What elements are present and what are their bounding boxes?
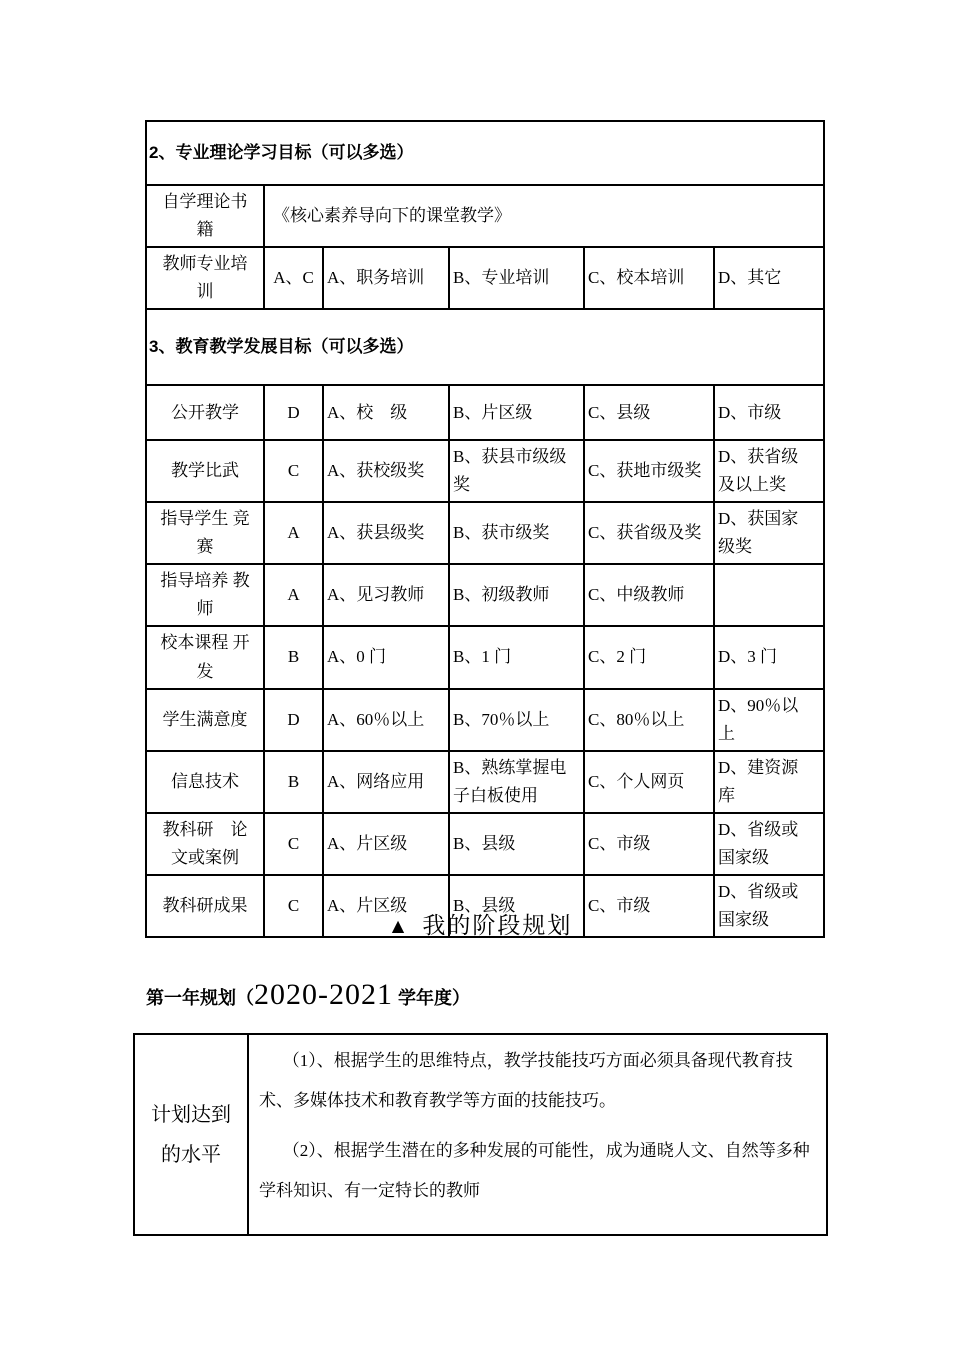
row-option-a: A、校 级 bbox=[323, 385, 449, 440]
row-label: 校本课程 开 发 bbox=[146, 626, 264, 688]
self-study-label: 自学理论书 籍 bbox=[146, 185, 264, 247]
row-option-a: A、获县级奖 bbox=[323, 502, 449, 564]
row-answer: A bbox=[264, 502, 323, 564]
row-option-b: B、片区级 bbox=[449, 385, 584, 440]
row-option-a: A、片区级 bbox=[323, 813, 449, 875]
row-option-a: A、见习教师 bbox=[323, 564, 449, 626]
table-row: 公开教学 D A、校 级 B、片区级 C、县级 D、市级 bbox=[146, 385, 824, 440]
row-option-d: D、获省级 及以上奖 bbox=[714, 440, 824, 502]
goals-table: 2、专业理论学习目标（可以多选） 自学理论书 籍 《核心素养导向下的课堂教学》 … bbox=[145, 120, 825, 938]
row-option-c: C、80％以上 bbox=[584, 689, 714, 751]
row-answer: D bbox=[264, 385, 323, 440]
row-option-b: B、1 门 bbox=[449, 626, 584, 688]
section3-header-row: 3、教育教学发展目标（可以多选） bbox=[146, 309, 824, 385]
row-answer: C bbox=[264, 440, 323, 502]
first-year-plan-heading: 第一年规划（2020-2021 学年度） bbox=[146, 978, 470, 1012]
year-heading-prefix: 第一年规划（ bbox=[146, 988, 254, 1008]
training-option-d: D、其它 bbox=[714, 247, 824, 309]
training-row: 教师专业培 训 A、C A、职务培训 B、专业培训 C、校本培训 D、其它 bbox=[146, 247, 824, 309]
plan-paragraph-2: （2）、根据学生潜在的多种发展的可能性，成为通晓人文、自然等多种学科知识、有一定… bbox=[259, 1131, 814, 1211]
row-label: 公开教学 bbox=[146, 385, 264, 440]
row-option-b: B、熟练掌握电 子白板使用 bbox=[449, 751, 584, 813]
plan-paragraph-1: （1）、根据学生的思维特点，教学技能技巧方面必须具备现代教育技术、多媒体技术和教… bbox=[259, 1041, 814, 1121]
row-option-a: A、获校级奖 bbox=[323, 440, 449, 502]
row-answer: B bbox=[264, 626, 323, 688]
table-row: 校本课程 开 发 B A、0 门 B、1 门 C、2 门 D、3 门 bbox=[146, 626, 824, 688]
training-label: 教师专业培 训 bbox=[146, 247, 264, 309]
row-option-c: C、获地市级奖 bbox=[584, 440, 714, 502]
section3-header: 3、教育教学发展目标（可以多选） bbox=[146, 309, 824, 385]
training-answer: A、C bbox=[264, 247, 323, 309]
row-label: 学生满意度 bbox=[146, 689, 264, 751]
plan-level-label: 计划达到 的水平 bbox=[134, 1034, 248, 1235]
row-option-b: B、初级教师 bbox=[449, 564, 584, 626]
row-option-d: D、建资源 库 bbox=[714, 751, 824, 813]
self-study-row: 自学理论书 籍 《核心素养导向下的课堂教学》 bbox=[146, 185, 824, 247]
row-label: 指导培养 教 师 bbox=[146, 564, 264, 626]
row-option-d bbox=[714, 564, 824, 626]
row-option-b: B、获市级奖 bbox=[449, 502, 584, 564]
row-option-c: C、获省级及奖 bbox=[584, 502, 714, 564]
year-heading-suffix: 学年度） bbox=[393, 988, 470, 1008]
row-label: 教学比武 bbox=[146, 440, 264, 502]
row-option-c: C、个人网页 bbox=[584, 751, 714, 813]
stage-plan-heading: ▲我的阶段规划 bbox=[0, 907, 960, 940]
school-year-range: 2020-2021 bbox=[254, 978, 393, 1011]
row-answer: C bbox=[264, 813, 323, 875]
row-answer: A bbox=[264, 564, 323, 626]
table-row: 教学比武 C A、获校级奖 B、获县市级级 奖 C、获地市级奖 D、获省级 及以… bbox=[146, 440, 824, 502]
training-option-b: B、专业培训 bbox=[449, 247, 584, 309]
training-option-c: C、校本培训 bbox=[584, 247, 714, 309]
plan-level-row: 计划达到 的水平 （1）、根据学生的思维特点，教学技能技巧方面必须具备现代教育技… bbox=[134, 1034, 827, 1235]
table-row: 教科研 论 文或案例 C A、片区级 B、县级 C、市级 D、省级或 国家级 bbox=[146, 813, 824, 875]
row-option-b: B、获县市级级 奖 bbox=[449, 440, 584, 502]
table-row: 指导学生 竞 赛 A A、获县级奖 B、获市级奖 C、获省级及奖 D、获国家 级… bbox=[146, 502, 824, 564]
row-option-d: D、市级 bbox=[714, 385, 824, 440]
stage-plan-heading-text: 我的阶段规划 bbox=[422, 913, 572, 938]
row-option-b: B、70％以上 bbox=[449, 689, 584, 751]
table-row: 信息技术 B A、网络应用 B、熟练掌握电 子白板使用 C、个人网页 D、建资源… bbox=[146, 751, 824, 813]
row-option-d: D、90％以 上 bbox=[714, 689, 824, 751]
plan-level-table: 计划达到 的水平 （1）、根据学生的思维特点，教学技能技巧方面必须具备现代教育技… bbox=[133, 1033, 828, 1236]
row-option-d: D、省级或 国家级 bbox=[714, 813, 824, 875]
row-option-c: C、市级 bbox=[584, 813, 714, 875]
row-label: 信息技术 bbox=[146, 751, 264, 813]
row-option-d: D、获国家 级奖 bbox=[714, 502, 824, 564]
document-page: 2、专业理论学习目标（可以多选） 自学理论书 籍 《核心素养导向下的课堂教学》 … bbox=[0, 0, 960, 1357]
triangle-marker-icon: ▲ bbox=[388, 914, 409, 938]
section2-header-row: 2、专业理论学习目标（可以多选） bbox=[146, 121, 824, 185]
self-study-value: 《核心素养导向下的课堂教学》 bbox=[264, 185, 824, 247]
row-option-c: C、2 门 bbox=[584, 626, 714, 688]
row-answer: B bbox=[264, 751, 323, 813]
row-option-a: A、网络应用 bbox=[323, 751, 449, 813]
training-option-a: A、职务培训 bbox=[323, 247, 449, 309]
section2-header: 2、专业理论学习目标（可以多选） bbox=[146, 121, 824, 185]
table-row: 指导培养 教 师 A A、见习教师 B、初级教师 C、中级教师 bbox=[146, 564, 824, 626]
plan-level-content: （1）、根据学生的思维特点，教学技能技巧方面必须具备现代教育技术、多媒体技术和教… bbox=[248, 1034, 827, 1235]
row-label: 教科研 论 文或案例 bbox=[146, 813, 264, 875]
row-answer: D bbox=[264, 689, 323, 751]
row-option-b: B、县级 bbox=[449, 813, 584, 875]
table-row: 学生满意度 D A、60％以上 B、70％以上 C、80％以上 D、90％以 上 bbox=[146, 689, 824, 751]
row-option-c: C、中级教师 bbox=[584, 564, 714, 626]
row-option-d: D、3 门 bbox=[714, 626, 824, 688]
row-option-a: A、0 门 bbox=[323, 626, 449, 688]
row-option-a: A、60％以上 bbox=[323, 689, 449, 751]
row-label: 指导学生 竞 赛 bbox=[146, 502, 264, 564]
row-option-c: C、县级 bbox=[584, 385, 714, 440]
